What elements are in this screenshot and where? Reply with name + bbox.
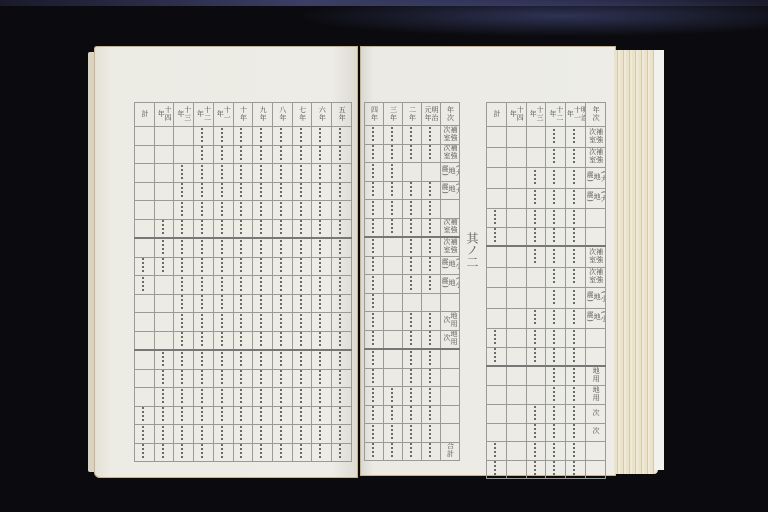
table-cell: [273, 219, 293, 238]
handwritten-value: [573, 368, 578, 382]
table-cell: [441, 349, 460, 368]
handwritten-value: [260, 407, 265, 421]
handwritten-value: [201, 128, 206, 142]
table-cell: [213, 443, 233, 462]
table-cell: [233, 350, 253, 369]
column-header: 二年: [403, 103, 422, 126]
table-cell: [174, 369, 194, 388]
table-cell: [506, 423, 526, 442]
handwritten-value: [391, 388, 396, 402]
table-cell: [526, 347, 546, 366]
table-cell: [546, 127, 566, 148]
handwritten-value: [280, 183, 285, 197]
handwritten-value: [181, 183, 186, 197]
handwritten-value: [339, 165, 344, 179]
handwritten-value: [319, 240, 324, 254]
table-cell: [546, 267, 566, 288]
table-cell: [233, 127, 253, 146]
column-header: 五年: [332, 103, 352, 127]
table-cell: [154, 182, 174, 201]
table-cell: [312, 145, 332, 164]
handwritten-value: [573, 190, 578, 204]
handwritten-value: [300, 332, 305, 346]
table-cell: [403, 387, 422, 406]
table-cell: [312, 369, 332, 388]
table-cell: [586, 460, 606, 479]
handwritten-value: [181, 202, 186, 216]
table-cell: [487, 288, 507, 309]
table-cell: [526, 168, 546, 189]
handwritten-value: [319, 277, 324, 291]
handwritten-value: [494, 330, 499, 344]
table-cell: [566, 188, 586, 209]
column-header: 計: [135, 103, 155, 127]
handwritten-value: [221, 407, 226, 421]
table-cell: [253, 276, 273, 295]
handwritten-value: [162, 407, 167, 421]
handwritten-value: [553, 129, 558, 143]
table-cell: [213, 350, 233, 369]
table-cell: [487, 127, 507, 148]
table-cell: [526, 460, 546, 479]
table-cell: [332, 425, 352, 444]
table-cell: [194, 164, 214, 183]
handwritten-value: [280, 444, 285, 458]
table-cell: [292, 294, 312, 313]
table-cell: [135, 388, 155, 407]
table-cell: [154, 331, 174, 350]
table-cell: [365, 181, 384, 200]
table-cell: [253, 369, 273, 388]
table-cell: [332, 443, 352, 462]
table-cell: [233, 425, 253, 444]
table-cell: [194, 182, 214, 201]
handwritten-value: [221, 295, 226, 309]
handwritten-value: [339, 240, 344, 254]
table-row: [487, 347, 606, 366]
table-row: [365, 424, 460, 443]
table-cell: [566, 460, 586, 479]
handwritten-value: [142, 277, 147, 291]
table-cell: 補強次室: [586, 246, 606, 267]
column-header: 八年: [273, 103, 293, 127]
table-cell: [526, 442, 546, 461]
table-cell: [312, 294, 332, 313]
handwritten-value: [573, 129, 578, 143]
handwritten-value: [260, 258, 265, 272]
table-row: [365, 293, 460, 312]
handwritten-value: [142, 426, 147, 440]
handwritten-value: [162, 352, 167, 366]
table-cell: [312, 425, 332, 444]
handwritten-value: [142, 258, 147, 272]
handwritten-value: [280, 128, 285, 142]
handwritten-value: [372, 313, 377, 327]
table-row: 地用次: [365, 312, 460, 331]
column-header-label: 七年: [299, 106, 306, 122]
column-header: 十二年: [546, 103, 566, 127]
table-row: [365, 368, 460, 387]
column-header: 九年: [253, 103, 273, 127]
table-cell: [403, 237, 422, 256]
table-cell: [154, 406, 174, 425]
table-cell: [487, 347, 507, 366]
table-cell: [332, 219, 352, 238]
handwritten-value: [410, 425, 415, 439]
handwritten-value: [181, 240, 186, 254]
table-cell: [566, 147, 586, 168]
table-cell: [213, 219, 233, 238]
handwritten-value: [319, 258, 324, 272]
table-cell: [213, 313, 233, 332]
handwritten-value: [573, 330, 578, 344]
handwritten-value: [201, 314, 206, 328]
table-cell: [135, 164, 155, 183]
handwritten-value: [280, 202, 285, 216]
handwritten-value: [429, 276, 434, 290]
table-cell: [332, 238, 352, 257]
handwritten-value: [339, 426, 344, 440]
table-cell: [332, 294, 352, 313]
handwritten-value: [260, 426, 265, 440]
table-cell: [365, 405, 384, 424]
table-cell: [154, 313, 174, 332]
handwritten-value: [240, 444, 245, 458]
table-cell: [546, 460, 566, 479]
table-cell: [213, 238, 233, 257]
table-cell: [384, 368, 403, 387]
handwritten-value: [240, 240, 245, 254]
handwritten-value: [300, 183, 305, 197]
table-cell: [384, 200, 403, 219]
handwritten-value: [553, 228, 558, 242]
table-cell: [253, 127, 273, 146]
table-cell: [174, 331, 194, 350]
table-cell: [403, 126, 422, 145]
table-cell: [526, 127, 546, 148]
table-cell: [384, 181, 403, 200]
table-cell: 次: [586, 405, 606, 424]
table-cell: [253, 350, 273, 369]
handwritten-value: [534, 461, 539, 475]
handwritten-value: [201, 295, 206, 309]
table-cell: [273, 257, 293, 276]
table-cell: [194, 350, 214, 369]
table-row: [487, 460, 606, 479]
table-row: [135, 388, 352, 407]
table-cell: [441, 405, 460, 424]
table-cell: [403, 405, 422, 424]
table-cell: [403, 442, 422, 461]
table-cell: [365, 368, 384, 387]
right-table-b: 計十四年十三年十二年明治十一年年次補強次室補強次室(大地震)(大地震)補強次室補…: [486, 102, 606, 479]
table-cell: [174, 406, 194, 425]
table-cell: [487, 246, 507, 267]
table-cell: [546, 423, 566, 442]
table-cell: [174, 219, 194, 238]
handwritten-value: [410, 369, 415, 383]
table-row: [135, 164, 352, 183]
table-cell: [403, 330, 422, 349]
handwritten-value: [201, 183, 206, 197]
table-cell: [487, 405, 507, 424]
table-cell: [135, 369, 155, 388]
handwritten-value: [339, 370, 344, 384]
table-cell: [566, 308, 586, 329]
handwritten-value: [221, 240, 226, 254]
handwritten-value: [410, 313, 415, 327]
handwritten-value: [410, 182, 415, 196]
handwritten-value: [162, 370, 167, 384]
table-cell: [135, 443, 155, 462]
table-cell: [332, 350, 352, 369]
table-row: 合計: [365, 442, 460, 461]
table-cell: [213, 388, 233, 407]
table-cell: [194, 276, 214, 295]
handwritten-value: [573, 387, 578, 401]
table-cell: [365, 424, 384, 443]
page-edges: [614, 50, 658, 474]
table-row: [135, 425, 352, 444]
handwritten-value: [534, 190, 539, 204]
table-cell: [422, 387, 441, 406]
table-cell: [332, 201, 352, 220]
table-cell: [253, 425, 273, 444]
handwritten-value: [181, 258, 186, 272]
handwritten-value: [494, 348, 499, 362]
table-cell: [213, 257, 233, 276]
table-cell: [273, 331, 293, 350]
handwritten-value: [372, 201, 377, 215]
handwritten-value: [410, 201, 415, 215]
table-cell: [506, 308, 526, 329]
table-cell: [487, 227, 507, 246]
table-cell: [312, 164, 332, 183]
table-row: [135, 201, 352, 220]
table-row: (小地震): [487, 308, 606, 329]
handwritten-value: [201, 277, 206, 291]
handwritten-value: [553, 290, 558, 304]
handwritten-value: [260, 370, 265, 384]
table-cell: [384, 349, 403, 368]
handwritten-value: [573, 170, 578, 184]
handwritten-value: [221, 258, 226, 272]
table-row: 補強次室: [365, 144, 460, 163]
handwritten-value: [240, 165, 245, 179]
table-cell: [273, 313, 293, 332]
handwritten-value: [573, 406, 578, 420]
handwritten-value: [319, 220, 324, 234]
table-cell: (小地震): [441, 256, 460, 275]
table-cell: [403, 312, 422, 331]
table-cell: [384, 293, 403, 312]
handwritten-value: [319, 314, 324, 328]
table-cell: [135, 331, 155, 350]
table-cell: (小地震): [586, 308, 606, 329]
table-cell: [441, 424, 460, 443]
handwritten-value: [162, 240, 167, 254]
table-cell: [194, 406, 214, 425]
table-cell: [384, 237, 403, 256]
table-cell: [506, 188, 526, 209]
table-row: [135, 257, 352, 276]
table-cell: [526, 147, 546, 168]
table-cell: 補強次室: [586, 267, 606, 288]
table-cell: [441, 368, 460, 387]
column-header-label: 三年: [390, 106, 397, 122]
table-row: (小地震): [365, 256, 460, 275]
handwritten-value: [534, 348, 539, 362]
table-cell: [292, 219, 312, 238]
table-row: [365, 200, 460, 219]
table-cell: [506, 288, 526, 309]
table-cell: [312, 276, 332, 295]
table-cell: [194, 443, 214, 462]
table-row: 補強次室: [487, 147, 606, 168]
table-cell: [292, 425, 312, 444]
handwritten-value: [240, 352, 245, 366]
handwritten-value: [300, 220, 305, 234]
table-header-row: 四年三年二年明治元年年次: [365, 103, 460, 126]
handwritten-value: [319, 202, 324, 216]
table-cell: [273, 425, 293, 444]
table-cell: [487, 188, 507, 209]
handwritten-value: [181, 277, 186, 291]
handwritten-value: [410, 257, 415, 271]
handwritten-value: [534, 210, 539, 224]
column-header-label: 十三年: [177, 103, 191, 125]
handwritten-value: [429, 201, 434, 215]
table-cell: [154, 443, 174, 462]
handwritten-value: [553, 170, 558, 184]
table-cell: [135, 182, 155, 201]
handwritten-value: [319, 370, 324, 384]
handwritten-value: [300, 444, 305, 458]
table-cell: [403, 293, 422, 312]
table-cell: [174, 164, 194, 183]
table-cell: [487, 308, 507, 329]
table-cell: [194, 238, 214, 257]
table-cell: [566, 267, 586, 288]
handwritten-value: [429, 406, 434, 420]
table-row: 補強次室: [365, 218, 460, 237]
table-cell: [384, 218, 403, 237]
handwritten-value: [201, 407, 206, 421]
table-cell: [154, 219, 174, 238]
table-cell: 次: [586, 423, 606, 442]
table-cell: [384, 256, 403, 275]
handwritten-value: [391, 164, 396, 178]
handwritten-value: [240, 128, 245, 142]
column-header: 十四年: [154, 103, 174, 127]
column-header: 十年: [233, 103, 253, 127]
table-cell: [233, 182, 253, 201]
column-header: 年次: [441, 103, 460, 126]
table-cell: 地用: [586, 386, 606, 405]
table-cell: [174, 276, 194, 295]
table-row: 地用次: [365, 330, 460, 349]
table-cell: [273, 164, 293, 183]
table-cell: [332, 276, 352, 295]
table-cell: [506, 209, 526, 228]
handwritten-value: [300, 202, 305, 216]
handwritten-value: [429, 388, 434, 402]
table-cell: [365, 200, 384, 219]
table-cell: [365, 293, 384, 312]
table-cell: [365, 349, 384, 368]
handwritten-value: [240, 202, 245, 216]
handwritten-value: [410, 239, 415, 253]
handwritten-value: [221, 426, 226, 440]
handwritten-value: [300, 240, 305, 254]
table-cell: [365, 126, 384, 145]
table-cell: [273, 127, 293, 146]
handwritten-value: [240, 332, 245, 346]
table-row: [487, 442, 606, 461]
table-cell: [441, 200, 460, 219]
table-cell: [586, 442, 606, 461]
table-cell: [213, 276, 233, 295]
table-cell: [487, 168, 507, 189]
table-cell: [586, 227, 606, 246]
table-cell: [292, 182, 312, 201]
table-cell: [384, 442, 403, 461]
handwritten-value: [553, 424, 558, 438]
handwritten-value: [260, 332, 265, 346]
table-cell: [506, 127, 526, 148]
table-cell: 補強次室: [586, 147, 606, 168]
table-cell: [213, 294, 233, 313]
table-cell: [566, 209, 586, 228]
column-header-label: 十四年: [509, 103, 523, 125]
handwritten-value: [573, 269, 578, 283]
handwritten-value: [339, 128, 344, 142]
table-cell: [586, 209, 606, 228]
table-cell: [422, 200, 441, 219]
column-header: 年次: [586, 103, 606, 127]
handwritten-value: [553, 149, 558, 163]
table-cell: [292, 406, 312, 425]
table-cell: [403, 200, 422, 219]
handwritten-value: [162, 444, 167, 458]
table-cell: [154, 257, 174, 276]
handwritten-value: [300, 146, 305, 160]
handwritten-value: [319, 444, 324, 458]
handwritten-value: [534, 249, 539, 263]
table-cell: [384, 387, 403, 406]
handwritten-value: [494, 228, 499, 242]
table-cell: [526, 366, 546, 386]
table-cell: [422, 126, 441, 145]
handwritten-value: [221, 314, 226, 328]
table-cell: [566, 386, 586, 405]
table-cell: [154, 145, 174, 164]
handwritten-value: [429, 313, 434, 327]
table-cell: [566, 288, 586, 309]
table-row: 補強次室: [487, 246, 606, 267]
table-cell: [194, 388, 214, 407]
handwritten-value: [573, 228, 578, 242]
table-cell: [292, 164, 312, 183]
column-header-label: 明治元年: [424, 103, 438, 125]
table-cell: 地用次: [441, 312, 460, 331]
table-cell: [135, 406, 155, 425]
table-cell: [154, 201, 174, 220]
handwritten-value: [319, 352, 324, 366]
handwritten-value: [260, 277, 265, 291]
table-cell: [233, 388, 253, 407]
table-cell: [273, 294, 293, 313]
